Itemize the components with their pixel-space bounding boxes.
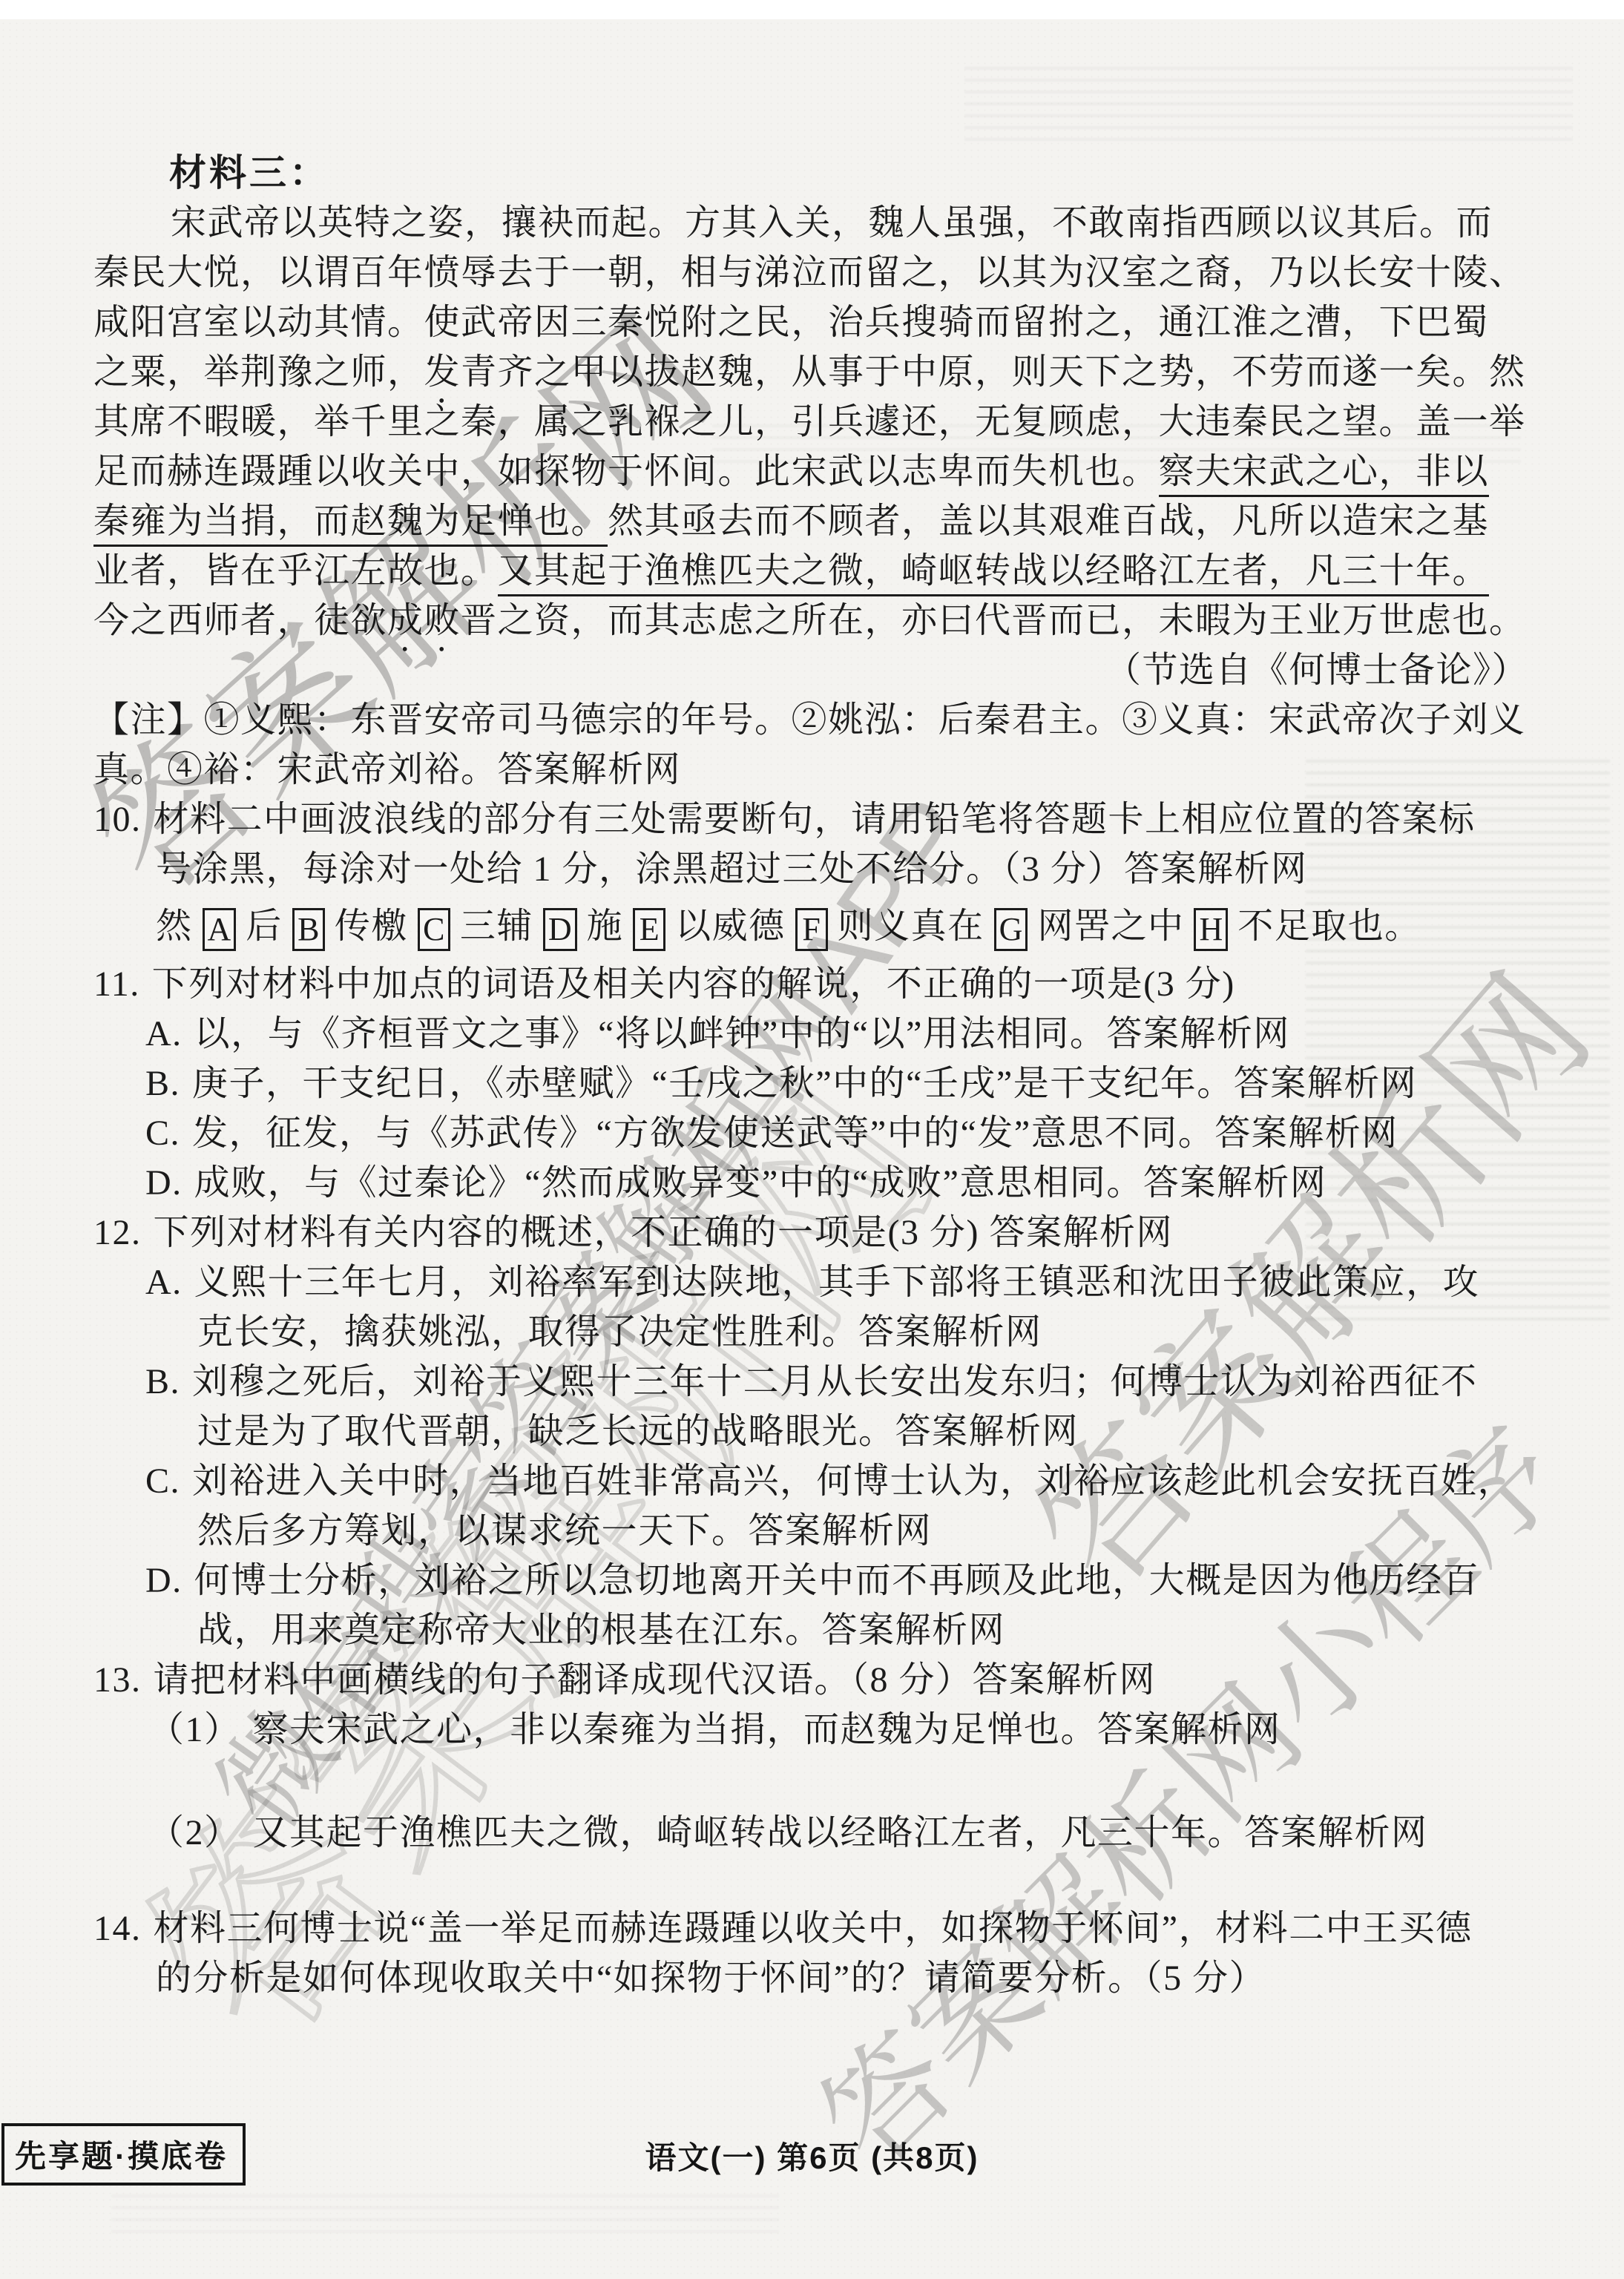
option-text: 以，与《齐桓晋文之事》“将以衅钟”中的“以”用法相同。答案解析网 [194,1014,1290,1053]
question-text: 材料二中画波浪线的部分有三处需要断句，请用铅笔将答题卡上相应位置的答案标 [154,800,1476,839]
text-segment: 青齐之甲以拔赵魏，从事于中原，则天下之势，不劳而遂一矣。然 [461,352,1526,392]
option-letter: B. [145,1059,180,1108]
option-letter: C. [145,1108,180,1158]
q10-line-1: 10.材料二中画波浪线的部分有三处需要断句，请用铅笔将答题卡上相应位置的答案标 [93,795,1531,844]
emphasis-dotted-word: 成败 [387,601,461,640]
option-text: 刘穆之死后，刘裕于义熙十三年十二月从长安出发东归；何博士认为刘裕西征不 [192,1362,1478,1401]
q13-stem: 13.请把材料中画横线的句子翻译成现代汉语。（8 分）答案解析网 [93,1655,1531,1705]
text-segment: 网罟之中 [1037,907,1184,946]
text-segment: 然 [156,907,193,946]
material-line: 今之西师者，徒欲成败晋之资，而其志虑之所在，亦曰代晋而已，未暇为王业万世虑也。 [93,596,1531,645]
text-segment: 后 [246,907,283,946]
material-line: 咸阳宫室以动其情。使武帝因三秦悦附之民，治兵搜骑而留拊之，通江淮之漕，下巴蜀 [93,297,1531,347]
q12-option-a-2: 克长安，擒获姚泓，取得了决定性胜利。答案解析网 [93,1307,1531,1357]
q11-option-b: B.庚子，干支纪日，《赤壁赋》“壬戌之秋”中的“壬戌”是干支纪年。答案解析网 [93,1059,1531,1108]
text-segment: 秦民大悦，以谓百年愤辱去于一朝，相与涕泣而留之，以其为汉室之裔，乃以长安十陵、 [93,253,1526,292]
underlined-segment: 秦雍为当捐，而赵魏为足惮也。 [93,501,608,547]
question-text: 材料三何博士说“盖一举足而赫连蹑踵以收关中，如探物于怀间”，材料二中王买德 [154,1909,1473,1948]
text-segment: 晋之资，而其志虑之所在，亦曰代晋而已，未暇为王业万世虑也。 [461,601,1526,640]
option-letter: B. [145,1357,180,1407]
text-segment: 传檄 [335,907,408,946]
material-line: 其席不暇暖，举千里之秦，属之乳褓之儿，引兵遽还，无复顾虑，大违秦民之望。盖一举 [93,397,1531,447]
segment-choice-box: A [203,908,237,951]
note-line: 真。④裕：宋武帝刘裕。答案解析网 [93,745,1531,795]
q10-line-2: 号涂黑，每涂对一处给 1 分，涂黑超过三处不给分。（3 分）答案解析网 [93,844,1531,894]
note-line: 【注】①义熙：东晋安帝司马德宗的年号。②姚泓：后秦君主。③义真：宋武帝次子刘义 [93,695,1531,745]
question-number: 13. [93,1655,142,1705]
question-number: 14. [93,1904,142,1953]
question-number: 11. [93,959,140,1009]
option-letter: D. [145,1556,183,1605]
material-three-paragraph: 宋武帝以英特之姿，攘袂而起。方其入关，魏人虽强，不敢南指西顾以议其后。而秦民大悦… [93,198,1531,645]
segment-choice-box: D [543,908,577,951]
sub-question-number: （2） [148,1808,241,1858]
text-segment: 之粟，举荆豫之师， [93,352,424,392]
text-segment: 宋武帝以英特之姿，攘袂而起。方其入关，魏人虽强，不敢南指西顾以议其后。而 [171,203,1493,243]
option-text: 刘裕进入关中时，当地百姓非常高兴，何博士认为，刘裕应该趁此机会安抚百姓， [192,1461,1514,1501]
text-segment: 以威德 [675,907,786,946]
questions-block: 10.材料二中画波浪线的部分有三处需要断句，请用铅笔将答题卡上相应位置的答案标号… [93,795,1531,2003]
q13-sub-1: （1）察夫宋武之心，非以秦雍为当捐，而赵魏为足惮也。答案解析网 [93,1705,1531,1755]
text-segment: 其席不暇暖，举千里之秦，属之乳褓之儿，引兵遽还，无复顾虑，大违秦民之望。盖一举 [93,402,1526,441]
q12-option-d-1: D.何博士分析，刘裕之所以急切地离开关中而不再顾及此地，大概是因为他历经百 [93,1556,1531,1605]
q11-option-c: C.发，征发，与《苏武传》“方欲发使送武等”中的“发”意思不同。答案解析网 [93,1108,1531,1158]
question-text: 下列对材料有关内容的概述，不正确的一项是(3 分) 答案解析网 [154,1213,1173,1252]
page-content: 材料三： 宋武帝以英特之姿，攘袂而起。方其入关，魏人虽强，不敢南指西顾以议其后。… [93,148,1531,2003]
segment-choice-box: H [1194,908,1228,951]
text-segment: 足而赫连蹑踵以收关中，如探物于怀间。此宋武以志卑而失机也。 [93,452,1159,491]
question-number: 10. [93,795,142,844]
text-segment: 施 [587,907,624,946]
sub-question-text: 又其起于渔樵匹夫之微，崎岖转战以经略江左者，凡三十年。答案解析网 [253,1813,1428,1852]
question-text: 的分析是如何体现收取关中“如探物于怀间”的？请简要分析。（5 分） [156,1959,1266,1998]
q12-option-d-2: 战，用来奠定称帝大业的根基在江东。答案解析网 [93,1605,1531,1655]
underlined-segment: 又其起于渔樵匹夫之微，崎岖转战以经略江左者，凡三十年。 [498,551,1490,596]
question-number: 12. [93,1208,142,1257]
option-letter: C. [145,1456,180,1506]
option-text: 战，用来奠定称帝大业的根基在江东。答案解析网 [197,1611,1005,1650]
option-text: 庚子，干支纪日，《赤壁赋》“壬戌之秋”中的“壬戌”是干支纪年。答案解析网 [192,1064,1417,1103]
material-three-heading: 材料三： [93,148,1531,198]
emphasis-dotted-word: 发 [424,352,461,392]
text-segment: 今之西师者，徒欲 [93,601,387,640]
q14-line-1: 14.材料三何博士说“盖一举足而赫连蹑踵以收关中，如探物于怀间”，材料二中王买德 [93,1904,1531,1953]
material-line: 足而赫连蹑踵以收关中，如探物于怀间。此宋武以志卑而失机也。察夫宋武之心，非以 [93,447,1531,496]
q12-option-c-1: C.刘裕进入关中时，当地百姓非常高兴，何博士认为，刘裕应该趁此机会安抚百姓， [93,1456,1531,1506]
q11-option-d: D.成败，与《过秦论》“然而成败异变”中的“成败”意思相同。答案解析网 [93,1158,1531,1208]
footer-page-number: 语文(一) 第6页 (共8页) [0,2134,1624,2178]
scan-top-edge [0,0,1624,19]
underlined-segment: 察夫宋武之心，非以 [1159,452,1490,497]
page-showthrough [964,67,1573,141]
q12-option-b-2: 过是为了取代晋朝，缺乏长远的战略眼光。答案解析网 [93,1407,1531,1456]
segment-choice-box: G [994,908,1028,951]
segment-choice-box: C [418,908,450,951]
page-showthrough [111,2188,779,2233]
text-segment: 咸阳宫室以动其情。使武帝因三秦悦附之民，治兵搜骑而留拊之，通江淮之漕，下巴蜀 [93,303,1489,342]
material-line: 业者，皆在乎江左故也。又其起于渔樵匹夫之微，崎岖转战以经略江左者，凡三十年。 [93,546,1531,596]
q13-sub-2: （2）又其起于渔樵匹夫之微，崎岖转战以经略江左者，凡三十年。答案解析网 [93,1808,1531,1858]
question-text: 号涂黑，每涂对一处给 1 分，涂黑超过三处不给分。（3 分）答案解析网 [156,849,1308,889]
text-segment: 然其亟去而不顾者，盖以其艰难百战，凡所以造宋之基 [608,501,1489,541]
sub-question-text: 察夫宋武之心，非以秦雍为当捐，而赵魏为足惮也。答案解析网 [253,1710,1281,1749]
q11-option-a: A.以，与《齐桓晋文之事》“将以衅钟”中的“以”用法相同。答案解析网 [93,1009,1531,1059]
q12-stem: 12.下列对材料有关内容的概述，不正确的一项是(3 分) 答案解析网 [93,1208,1531,1257]
question-text: 下列对材料中加点的词语及相关内容的解说，不正确的一项是(3 分) [152,964,1235,1004]
option-text: 成败，与《过秦论》“然而成败异变”中的“成败”意思相同。答案解析网 [194,1163,1327,1203]
note-text: 真。④裕：宋武帝刘裕。答案解析网 [93,750,681,789]
option-text: 克长安，擒获姚泓，取得了决定性胜利。答案解析网 [197,1312,1042,1352]
option-text: 然后多方筹划，以谋求统一天下。答案解析网 [197,1511,932,1550]
material-line: 之粟，举荆豫之师，发青齐之甲以拔赵魏，从事于中原，则天下之势，不劳而遂一矣。然 [93,347,1531,397]
segment-choice-box: B [292,908,325,951]
option-letter: A. [145,1009,183,1059]
q12-option-b-1: B.刘穆之死后，刘裕于义熙十三年十二月从长安出发东归；何博士认为刘裕西征不 [93,1357,1531,1407]
notes-block: 【注】①义熙：东晋安帝司马德宗的年号。②姚泓：后秦君主。③义真：宋武帝次子刘义真… [93,695,1531,795]
text-segment: 三辅 [460,907,533,946]
question-text: 请把材料中画横线的句子翻译成现代汉语。（8 分）答案解析网 [154,1660,1157,1700]
material-line: 秦民大悦，以谓百年愤辱去于一朝，相与涕泣而留之，以其为汉室之裔，乃以长安十陵、 [93,248,1531,297]
q12-option-c-2: 然后多方筹划，以谋求统一天下。答案解析网 [93,1506,1531,1556]
segment-choice-box: E [633,908,665,951]
option-text: 过是为了取代晋朝，缺乏长远的战略眼光。答案解析网 [197,1412,1079,1451]
q14-line-2: 的分析是如何体现收取关中“如探物于怀间”的？请简要分析。（5 分） [93,1953,1531,2003]
source-citation: （节选自《何博士备论》） [93,645,1531,695]
option-letter: A. [145,1257,183,1307]
note-text: 【注】①义熙：东晋安帝司马德宗的年号。②姚泓：后秦君主。③义真：宋武帝次子刘义 [93,700,1526,740]
material-line: 秦雍为当捐，而赵魏为足惮也。然其亟去而不顾者，盖以其艰难百战，凡所以造宋之基 [93,496,1531,546]
q12-option-a-1: A.义熙十三年七月，刘裕率军到达陕地，其手下部将王镇恶和沈田子彼此策应，攻 [93,1257,1531,1307]
option-text: 发，征发，与《苏武传》“方欲发使送武等”中的“发”意思不同。答案解析网 [192,1114,1398,1153]
option-text: 义熙十三年七月，刘裕率军到达陕地，其手下部将王镇恶和沈田子彼此策应，攻 [194,1263,1480,1302]
text-segment: 业者，皆在乎江左故也。 [93,551,498,591]
q10-segmentation: 然A后B传檄C三辅D施E以威德F则义真在G网罟之中H不足取也。 [93,894,1531,959]
text-segment: 则义真在 [838,907,984,946]
segment-choice-box: F [795,908,828,951]
option-letter: D. [145,1158,183,1208]
text-segment: 不足取也。 [1237,907,1421,946]
q11-stem: 11.下列对材料中加点的词语及相关内容的解说，不正确的一项是(3 分) [93,959,1531,1009]
sub-question-number: （1） [148,1705,241,1755]
exam-paper-page: 答案解析网 微信搜索答案解析网APP 答案解析网 答案解析网小程序 答案解析网 … [0,0,1624,2279]
option-text: 何博士分析，刘裕之所以急切地离开关中而不再顾及此地，大概是因为他历经百 [194,1561,1480,1600]
material-line: 宋武帝以英特之姿，攘袂而起。方其入关，魏人虽强，不敢南指西顾以议其后。而 [93,198,1531,248]
